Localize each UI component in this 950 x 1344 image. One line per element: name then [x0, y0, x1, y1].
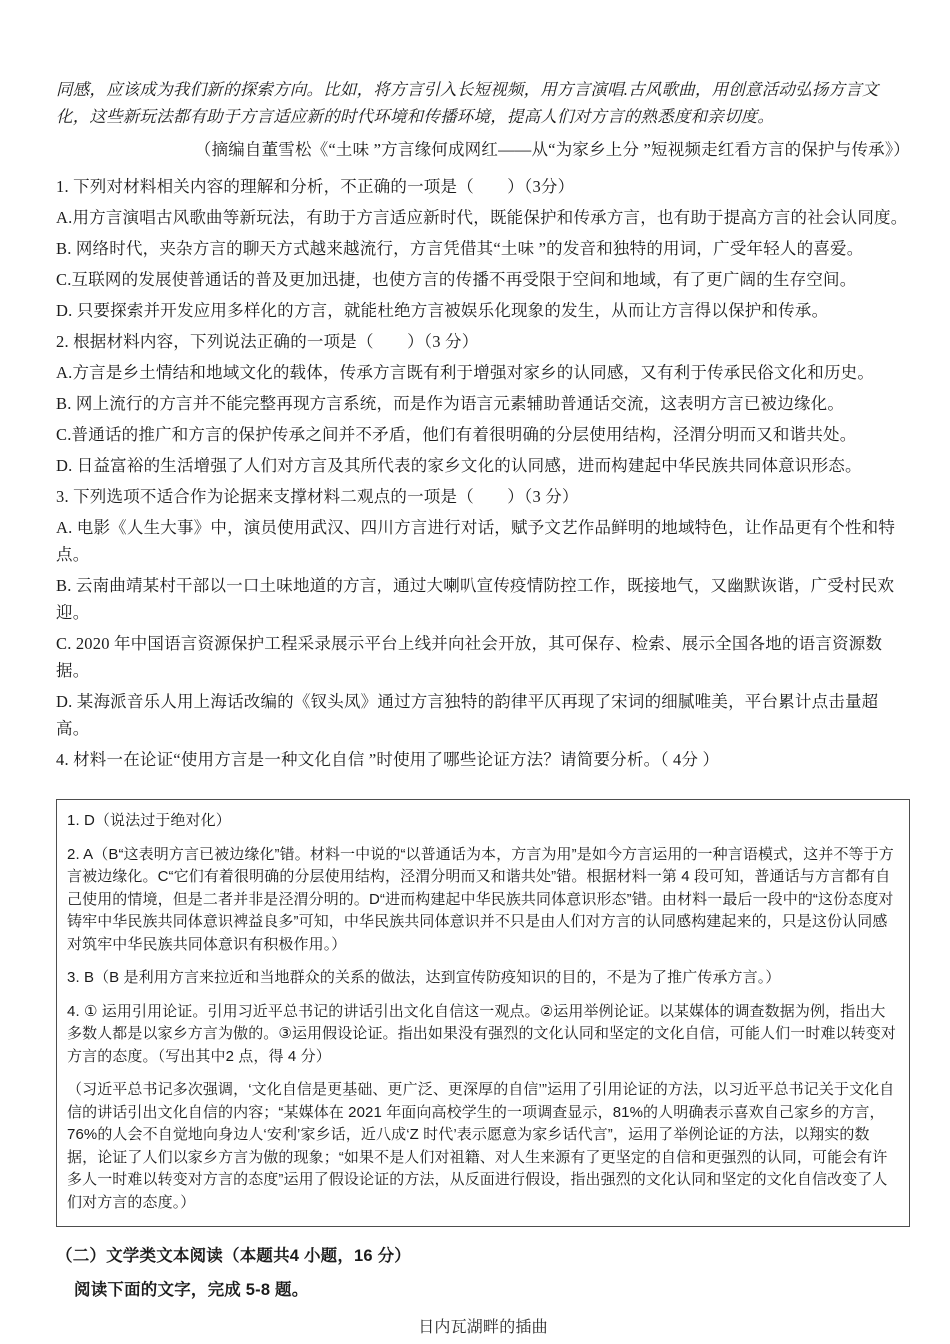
answer-box: 1. D（说法过于绝对化） 2. A（B“这表明方言已被边缘化”错。材料一中说的… — [56, 799, 910, 1227]
answer-3: 3. B（B 是利用方言来拉近和当地群众的关系的做法，达到宣传防疫知识的目的，不… — [67, 967, 897, 990]
section-2-heading: （二）文学类文本阅读（本题共4 小题，16 分） — [56, 1243, 910, 1270]
answer-4-explanation: （习近平总书记多次强调，‘文化自信是更基础、更广泛、更深厚的自信’”运用了引用论… — [67, 1079, 897, 1214]
question-1-stem: 1. 下列对材料相关内容的理解和分析，不正确的一项是（ ）（3分） — [56, 173, 910, 200]
section-2: （二）文学类文本阅读（本题共4 小题，16 分） 阅读下面的文字，完成 5-8 … — [56, 1243, 910, 1341]
question-4-stem: 4. 材料一在论证“使用方言是一种文化自信 ”时使用了哪些论证方法？请简要分析。… — [56, 746, 910, 773]
question-3-stem: 3. 下列选项不适合作为论据来支撑材料二观点的一项是（ ）（3 分） — [56, 483, 910, 510]
question-3-option-b: B. 云南曲靖某村干部以一口土味地道的方言，通过大喇叭宣传疫情防控工作，既接地气… — [56, 572, 910, 626]
answer-2: 2. A（B“这表明方言已被边缘化”错。材料一中说的“以普通话为本，方言为用”是… — [67, 844, 897, 957]
question-1-option-a: A.用方言演唱古风歌曲等新玩法，有助于方言适应新时代，既能保护和传承方言，也有助… — [56, 204, 910, 231]
question-3-option-d: D. 某海派音乐人用上海话改编的《钗头凤》通过方言独特的韵律平仄再现了宋词的细腻… — [56, 688, 910, 742]
question-2-option-a: A.方言是乡土情结和地域文化的载体，传承方言既有利于增强对家乡的认同感，又有利于… — [56, 359, 910, 386]
question-2-option-b: B. 网上流行的方言并不能完整再现方言系统，而是作为语言元素辅助普通话交流，这表… — [56, 390, 910, 417]
answer-4: 4. ① 运用引用论证。引用习近平总书记的讲话引出文化自信这一观点。②运用举例论… — [67, 1001, 897, 1069]
question-1-option-b: B. 网络时代，夹杂方言的聊天方式越来越流行，方言凭借其“土味 ”的发音和独特的… — [56, 235, 910, 262]
exam-page: 同感，应该成为我们新的探索方向。比如，将方言引入长短视频，用方言演唱.古风歌曲，… — [0, 0, 950, 1344]
question-2-option-c: C.普通话的推广和方言的保护传承之间并不矛盾，他们有着很明确的分层使用结构，泾渭… — [56, 421, 910, 448]
question-1-option-c: C.互联网的发展使普通话的普及更加迅捷，也使方言的传播不再受限于空间和地域，有了… — [56, 266, 910, 293]
question-3-option-c: C. 2020 年中国语言资源保护工程采录展示平台上线并向社会开放，其可保存、检… — [56, 630, 910, 684]
reading-instruction: 阅读下面的文字，完成 5-8 题。 — [56, 1277, 910, 1304]
question-2-option-d: D. 日益富裕的生活增强了人们对方言及其所代表的家乡文化的认同感，进而构建起中华… — [56, 452, 910, 479]
intro-paragraph: 同感，应该成为我们新的探索方向。比如，将方言引入长短视频，用方言演唱.古风歌曲，… — [56, 76, 910, 130]
answer-1: 1. D（说法过于绝对化） — [67, 810, 897, 833]
question-2-stem: 2. 根据材料内容，下列说法正确的一项是（ ）（3 分） — [56, 328, 910, 355]
question-1-option-d: D. 只要探索并开发应用多样化的方言，就能杜绝方言被娱乐化现象的发生，从而让方言… — [56, 297, 910, 324]
story-title: 日内瓦湖畔的插曲 — [56, 1314, 910, 1341]
question-3-option-a: A. 电影《人生大事》中，演员使用武汉、四川方言进行对话，赋予文艺作品鲜明的地域… — [56, 514, 910, 568]
citation: （摘编自董雪松《“土味 ”方言缘何成网红——从“为家乡上分 ”短视频走红看方言的… — [56, 136, 910, 163]
